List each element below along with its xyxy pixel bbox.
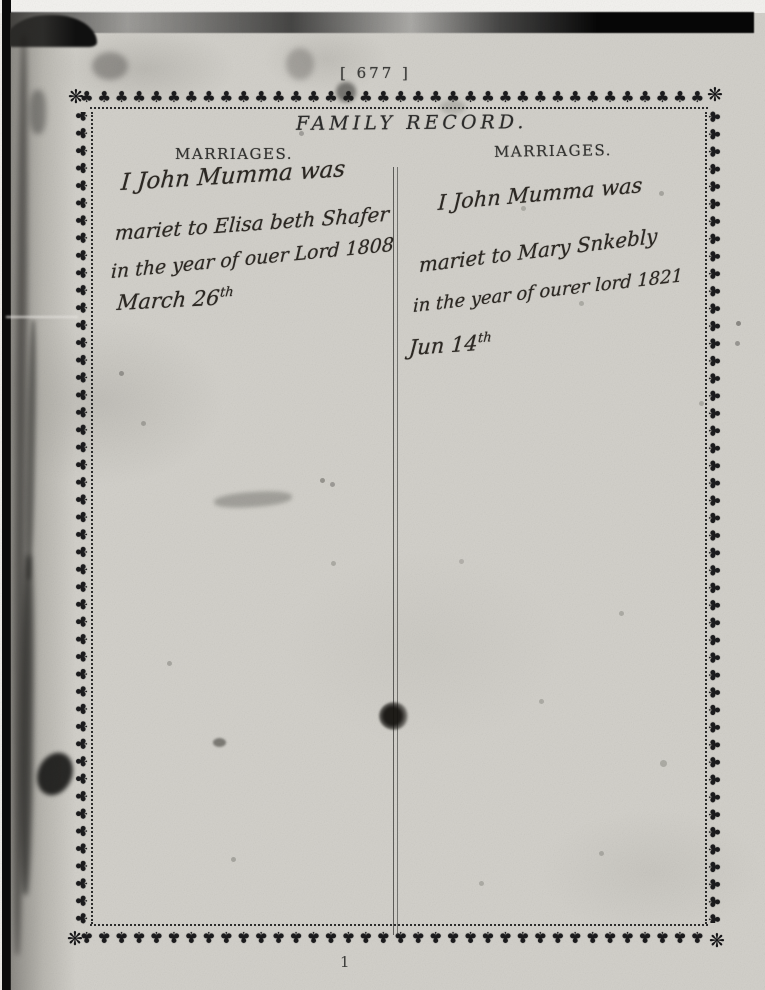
stain [286,48,314,80]
paper-background [8,10,765,990]
folio-number: [ 677 ] [340,64,411,82]
handwriting-superscript: th [477,330,492,346]
border-rule-left [91,112,93,924]
border-rule-right [705,112,707,924]
corner-star-ornament: ❋ [707,84,723,106]
column-heading-right: MARRIAGES. [494,141,612,161]
border-rule-top [90,107,708,109]
border-ornament-right: ♣♣♣♣♣♣♣♣♣♣♣♣♣♣♣♣♣♣♣♣♣♣♣♣♣♣♣♣♣♣♣♣♣♣♣♣♣♣♣♣… [706,110,722,923]
page-edge-shadow [8,12,754,33]
ink-blot [379,702,409,730]
column-divider-rule [393,167,398,935]
page-title: FAMILY RECORD. [296,111,526,135]
border-ornament-top: ♣♣♣♣♣♣♣♣♣♣♣♣♣♣♣♣♣♣♣♣♣♣♣♣♣♣♣♣♣♣♣♣♣♣♣♣♣♣♣♣ [80,89,708,107]
corner-star-ornament: ❋ [67,928,83,950]
stain [440,100,466,114]
paper-flecks [0,0,3,3]
corner-star-ornament: ❋ [68,86,84,108]
fold-crease [6,316,78,318]
corner-star-ornament: ❋ [709,930,725,952]
gutter-streak [30,90,46,134]
handwriting-text: Jun 14 [408,331,478,360]
stain [336,82,356,102]
handwriting-superscript: th [219,285,234,301]
scanned-page: ♣♣♣♣♣♣♣♣♣♣♣♣♣♣♣♣♣♣♣♣♣♣♣♣♣♣♣♣♣♣♣♣♣♣♣♣♣♣♣♣… [0,0,765,990]
signature-mark: 1 [340,953,350,971]
small-spot [213,738,226,747]
border-ornament-left: ♣♣♣♣♣♣♣♣♣♣♣♣♣♣♣♣♣♣♣♣♣♣♣♣♣♣♣♣♣♣♣♣♣♣♣♣♣♣♣♣… [74,112,90,925]
stain [92,52,128,80]
border-rule-bottom [90,924,708,926]
